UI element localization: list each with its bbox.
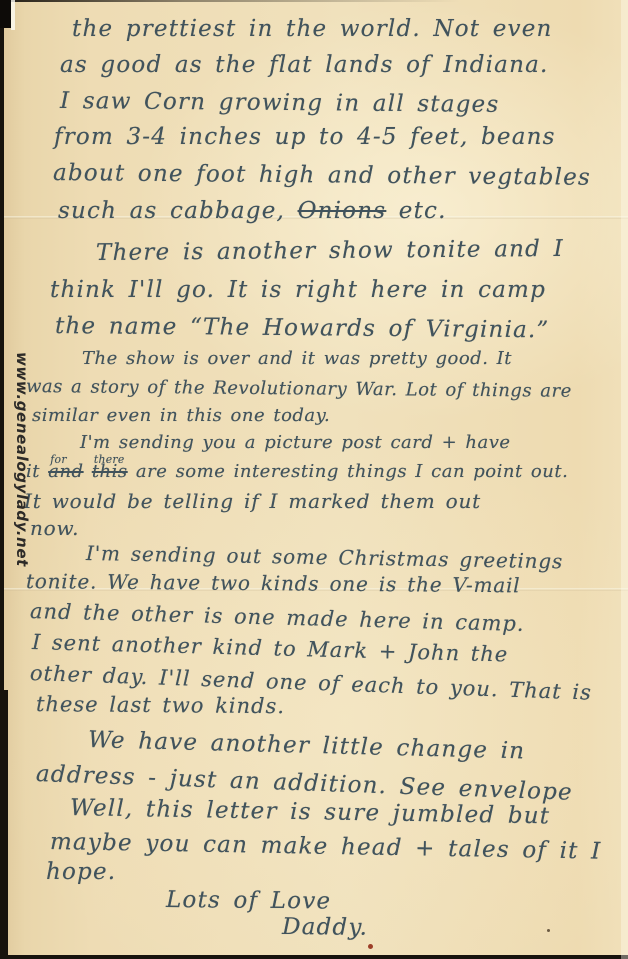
letter-line: I'm sending you a picture post card + ha… xyxy=(80,432,511,453)
letter-line: from 3-4 inches up to 4-5 feet, beans xyxy=(54,124,556,150)
letter-line: maybe you can make head + tales of it I xyxy=(50,829,602,865)
letter-line: about one foot high and other vegtables xyxy=(53,160,591,191)
letter-line: I sent another kind to Mark + John the xyxy=(32,630,509,666)
letter-text: and the other is one made here in camp. xyxy=(30,599,525,636)
letter-line: and the other is one made here in camp. xyxy=(30,599,525,636)
letter-line: Lots of Love xyxy=(166,887,332,914)
scan-edge-bottom xyxy=(0,955,628,959)
letter-line: as good as the flat lands of Indiana. xyxy=(60,52,549,78)
paper-edge-highlight xyxy=(621,0,628,959)
struck-word: Onions xyxy=(298,198,387,224)
letter-text: was a story of the Revolutionary War. Lo… xyxy=(26,376,572,402)
paper-edge-highlight xyxy=(11,0,15,30)
letter-text: We have another little change in xyxy=(88,727,526,764)
letter-text: tonite. We have two kinds one is the V-m… xyxy=(26,569,521,597)
letter-text: There is another show tonite and I xyxy=(96,236,564,266)
red-speck xyxy=(368,944,373,949)
letter-text: hope. xyxy=(46,859,116,885)
watermark: www.genealogylady.net xyxy=(13,352,31,567)
letter-text: about one foot high and other vegtables xyxy=(53,160,591,191)
letter-line: was a story of the Revolutionary War. Lo… xyxy=(26,376,572,402)
letter-text: It would be telling if I marked them out xyxy=(24,489,481,513)
letter-text: such as cabbage, xyxy=(58,198,298,224)
letter-line: these last two kinds. xyxy=(36,692,285,718)
letter-line: it forand therethis are some interesting… xyxy=(26,461,568,482)
letter-text: I'm sending out some Christmas greetings xyxy=(86,541,563,573)
correction: forand xyxy=(48,461,83,482)
letter-text: I saw Corn growing in all stages xyxy=(60,88,500,118)
letter-text: maybe you can make head + tales of it I xyxy=(50,829,602,865)
letter-text: these last two kinds. xyxy=(36,692,285,718)
letter-text: are some interesting things I can point … xyxy=(128,461,569,482)
letter-text: the name “The Howards of Virginia.” xyxy=(55,313,550,343)
letter-text: Daddy. xyxy=(282,914,368,941)
inserted-word: there xyxy=(94,453,125,466)
letter-text: The show is over and it was pretty good.… xyxy=(82,348,512,369)
letter-line: the name “The Howards of Virginia.” xyxy=(55,313,550,343)
scan-edge-top xyxy=(0,0,460,2)
letter-text: from 3-4 inches up to 4-5 feet, beans xyxy=(54,124,556,150)
scan-edge-left xyxy=(0,690,8,959)
letter-text: as good as the flat lands of Indiana. xyxy=(60,52,549,78)
letter-text: etc. xyxy=(386,198,446,224)
letter-line: It would be telling if I marked them out xyxy=(24,489,481,513)
letter-line: There is another show tonite and I xyxy=(96,236,564,266)
correction: therethis xyxy=(92,461,128,482)
letter-line: similar even in this one today. xyxy=(32,405,330,426)
letter-text: similar even in this one today. xyxy=(32,405,330,426)
scanned-letter-page: the prettiest in the world. Not evenas g… xyxy=(0,0,628,959)
letter-line: We have another little change in xyxy=(88,727,526,764)
scan-corner-black xyxy=(0,0,11,28)
letter-text: I'm sending you a picture post card + ha… xyxy=(80,432,511,453)
letter-line: I'm sending out some Christmas greetings xyxy=(86,541,563,573)
inserted-word: for xyxy=(50,453,67,466)
letter-text: now. xyxy=(30,516,79,540)
letter-line: I saw Corn growing in all stages xyxy=(60,88,500,118)
letter-line: now. xyxy=(30,516,79,540)
letter-line: think I'll go. It is right here in camp xyxy=(50,277,546,303)
letter-line: tonite. We have two kinds one is the V-m… xyxy=(26,569,521,597)
letter-line: Daddy. xyxy=(282,914,368,941)
letter-line: The show is over and it was pretty good.… xyxy=(82,348,512,369)
letter-text xyxy=(84,461,92,482)
letter-text: Lots of Love xyxy=(166,887,332,914)
letter-text: I sent another kind to Mark + John the xyxy=(32,630,509,666)
letter-line: hope. xyxy=(46,859,116,885)
letter-text: think I'll go. It is right here in camp xyxy=(50,277,546,303)
letter-text: the prettiest in the world. Not even xyxy=(72,16,553,42)
dark-speck xyxy=(547,929,550,932)
letter-line: the prettiest in the world. Not even xyxy=(72,16,553,42)
letter-line: such as cabbage, Onions etc. xyxy=(58,198,447,224)
